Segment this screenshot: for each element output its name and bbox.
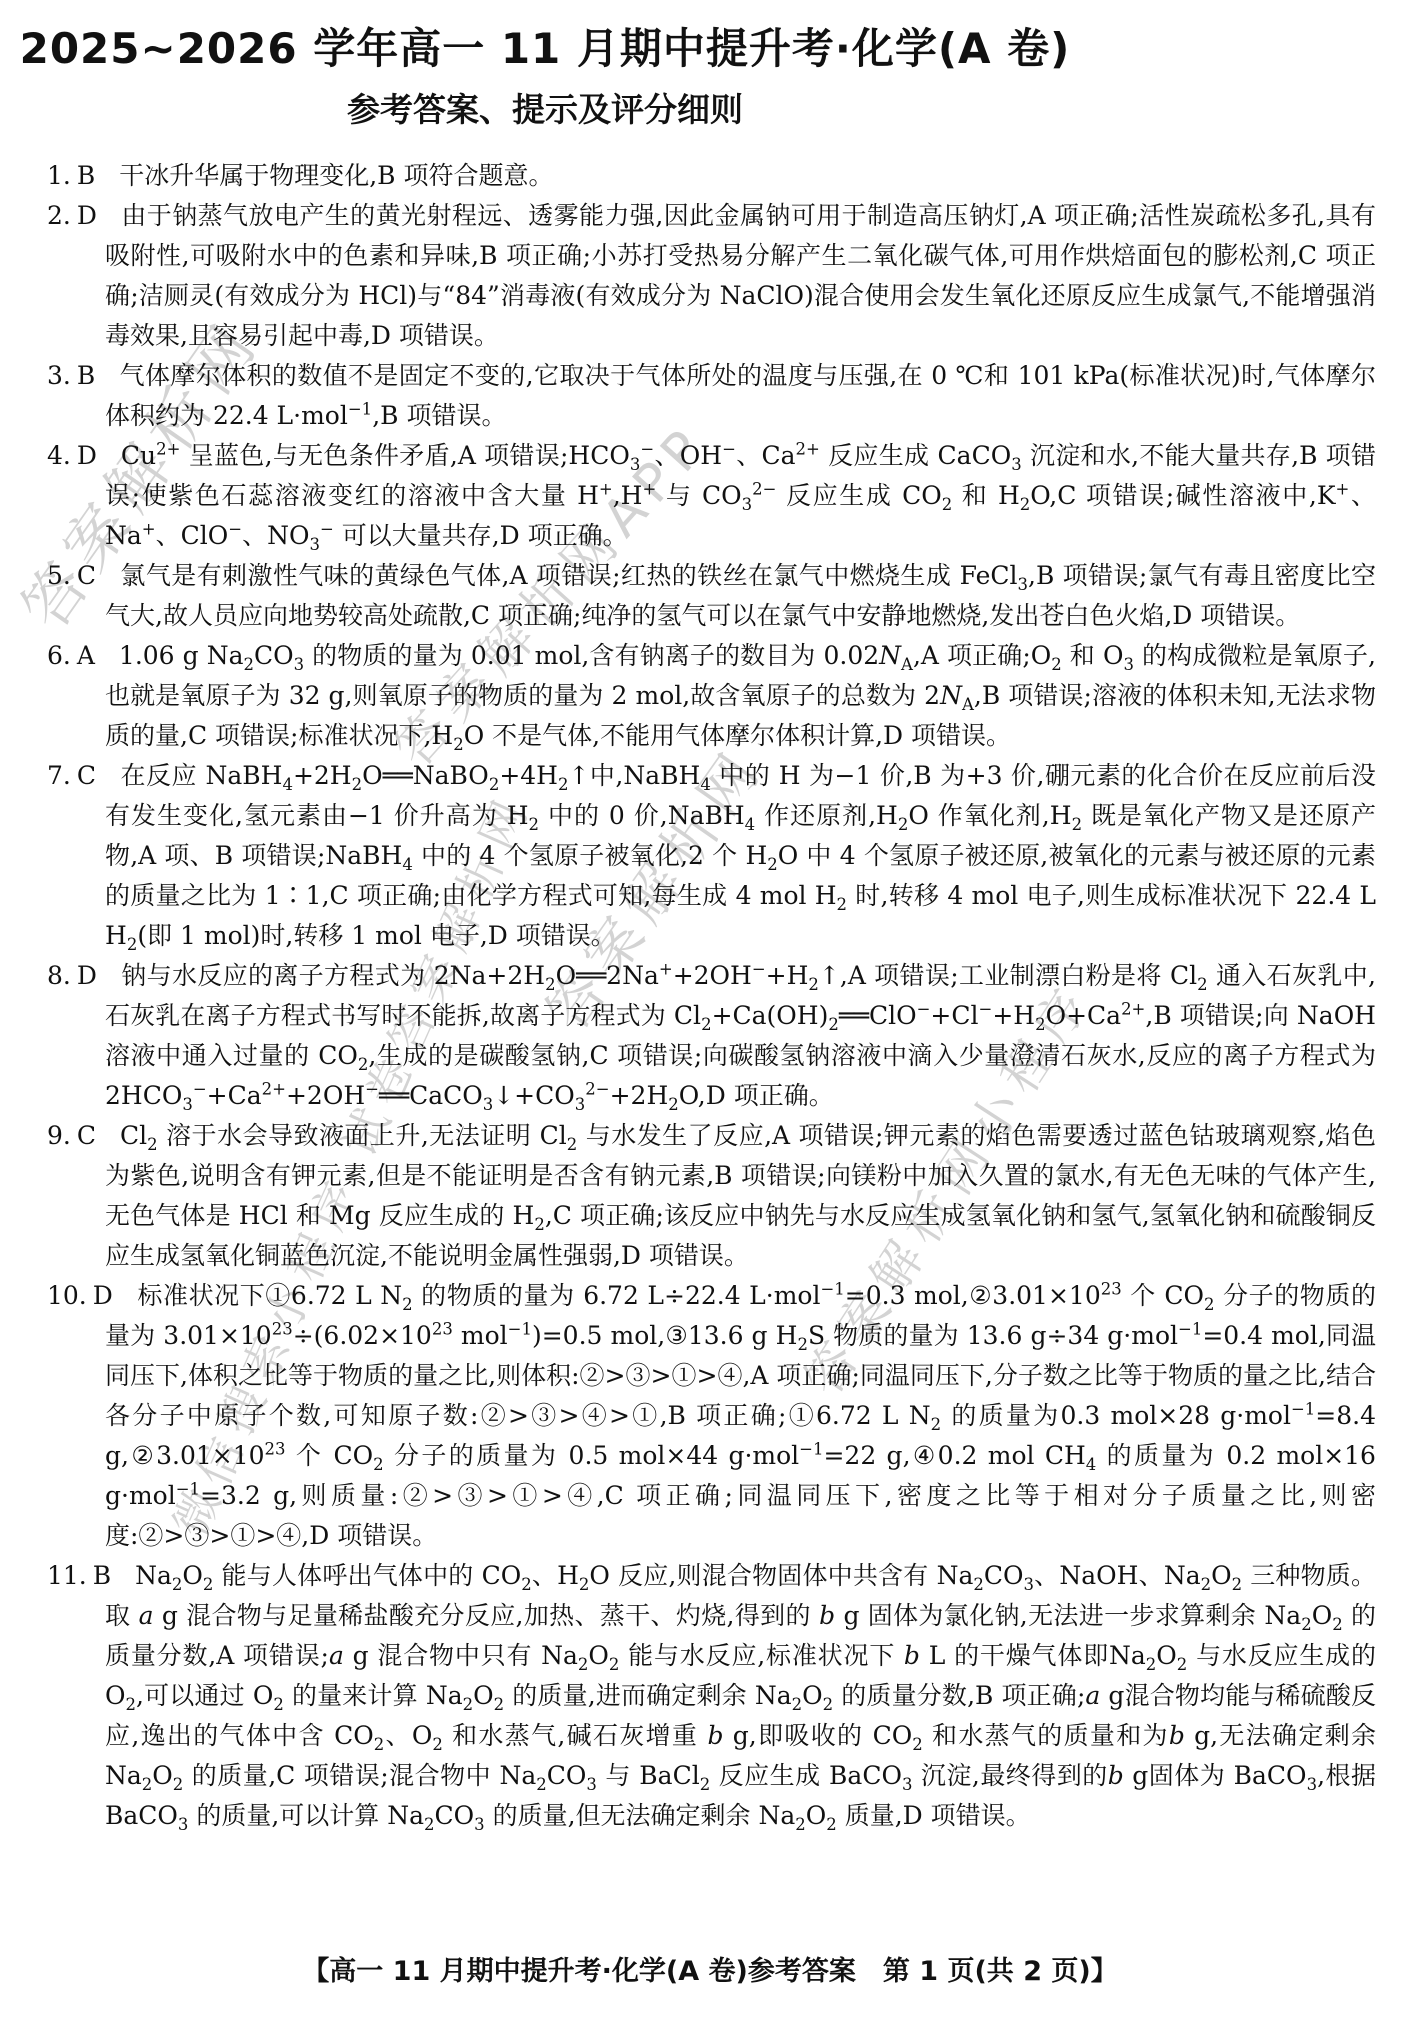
answer-choice: A: [77, 641, 95, 670]
answer-item-9: 9.CCl2 溶于水会导致液面上升,无法证明 Cl2 与水发生了反应,A 项错误…: [47, 1116, 1376, 1276]
answer-choice: B: [93, 1561, 111, 1590]
answer-choice: D: [93, 1281, 113, 1310]
document-header: 2025~2026 学年高一 11 月期中提升考·化学(A 卷) 参考答案、提示…: [0, 0, 1090, 130]
answer-item-6: 6.A1.06 g Na2CO3 的物质的量为 0.01 mol,含有钠离子的数…: [47, 636, 1376, 756]
page-title: 2025~2026 学年高一 11 月期中提升考·化学(A 卷): [0, 24, 1090, 74]
answer-explanation: 钠与水反应的离子方程式为 2Na+2H2O══2Na++2OH−+H2↑,A 项…: [105, 961, 1376, 1110]
answer-item-1: 1.B干冰升华属于物理变化,B 项符合题意。: [47, 156, 1376, 196]
answer-item-10: 10.D标准状况下①6.72 L N2 的物质的量为 6.72 L÷22.4 L…: [47, 1276, 1376, 1556]
answer-explanation: 由于钠蒸气放电产生的黄光射程远、透雾能力强,因此金属钠可用于制造高压钠灯,A 项…: [105, 201, 1376, 350]
answer-explanation: 在反应 NaBH4+2H2O══NaBO2+4H2↑中,NaBH4 中的 H 为…: [105, 761, 1376, 950]
answer-explanation: 1.06 g Na2CO3 的物质的量为 0.01 mol,含有钠离子的数目为 …: [105, 641, 1376, 750]
answer-list: 1.B干冰升华属于物理变化,B 项符合题意。 2.D由于钠蒸气放电产生的黄光射程…: [47, 156, 1376, 1836]
answer-item-8: 8.D钠与水反应的离子方程式为 2Na+2H2O══2Na++2OH−+H2↑,…: [47, 956, 1376, 1116]
answer-number: 11.: [47, 1561, 87, 1590]
answer-explanation: Cl2 溶于水会导致液面上升,无法证明 Cl2 与水发生了反应,A 项错误;钾元…: [105, 1121, 1376, 1270]
answer-explanation: Na2O2 能与人体呼出气体中的 CO2、H2O 反应,则混合物固体中共含有 N…: [105, 1561, 1376, 1830]
exam-answer-page: 答案解析网 答案解析网APP 答案解析网 微信搜索小程序 试卷答案解析网 答案解…: [0, 0, 1420, 2018]
answer-explanation: 氯气是有刺激性气味的黄绿色气体,A 项错误;红热的铁丝在氯气中燃烧生成 FeCl…: [105, 561, 1376, 630]
answer-number: 3.: [47, 361, 71, 390]
page-footer: 【高一 11 月期中提升考·化学(A 卷)参考答案 第 1 页(共 2 页)】: [0, 1949, 1420, 1988]
answer-choice: B: [77, 361, 95, 390]
answer-item-3: 3.B气体摩尔体积的数值不是固定不变的,它取决于气体所处的温度与压强,在 0 ℃…: [47, 356, 1376, 436]
answer-choice: B: [77, 161, 95, 190]
answer-item-7: 7.C在反应 NaBH4+2H2O══NaBO2+4H2↑中,NaBH4 中的 …: [47, 756, 1376, 956]
answer-item-2: 2.D由于钠蒸气放电产生的黄光射程远、透雾能力强,因此金属钠可用于制造高压钠灯,…: [47, 196, 1376, 356]
answer-choice: C: [77, 561, 96, 590]
answer-number: 2.: [47, 201, 71, 230]
answer-number: 7.: [47, 761, 71, 790]
answer-number: 10.: [47, 1281, 87, 1310]
answer-choice: C: [77, 1121, 96, 1150]
answer-number: 8.: [47, 961, 71, 990]
answer-choice: C: [77, 761, 96, 790]
answer-choice: D: [77, 201, 97, 230]
answer-choice: D: [77, 441, 97, 470]
answer-explanation: 干冰升华属于物理变化,B 项符合题意。: [119, 161, 553, 190]
answer-explanation: Cu2+ 呈蓝色,与无色条件矛盾,A 项错误;HCO3−、OH−、Ca2+ 反应…: [105, 441, 1376, 550]
answer-number: 1.: [47, 161, 71, 190]
answer-item-11: 11.BNa2O2 能与人体呼出气体中的 CO2、H2O 反应,则混合物固体中共…: [47, 1556, 1376, 1836]
answer-explanation: 气体摩尔体积的数值不是固定不变的,它取决于气体所处的温度与压强,在 0 ℃和 1…: [105, 361, 1376, 430]
answer-item-5: 5.C氯气是有刺激性气味的黄绿色气体,A 项错误;红热的铁丝在氯气中燃烧生成 F…: [47, 556, 1376, 636]
answer-item-4: 4.DCu2+ 呈蓝色,与无色条件矛盾,A 项错误;HCO3−、OH−、Ca2+…: [47, 436, 1376, 556]
answer-number: 4.: [47, 441, 71, 470]
answer-number: 5.: [47, 561, 71, 590]
answer-number: 6.: [47, 641, 71, 670]
answer-number: 9.: [47, 1121, 71, 1150]
answer-choice: D: [77, 961, 97, 990]
answer-explanation: 标准状况下①6.72 L N2 的物质的量为 6.72 L÷22.4 L·mol…: [105, 1281, 1376, 1550]
page-subtitle: 参考答案、提示及评分细则: [0, 90, 1090, 130]
